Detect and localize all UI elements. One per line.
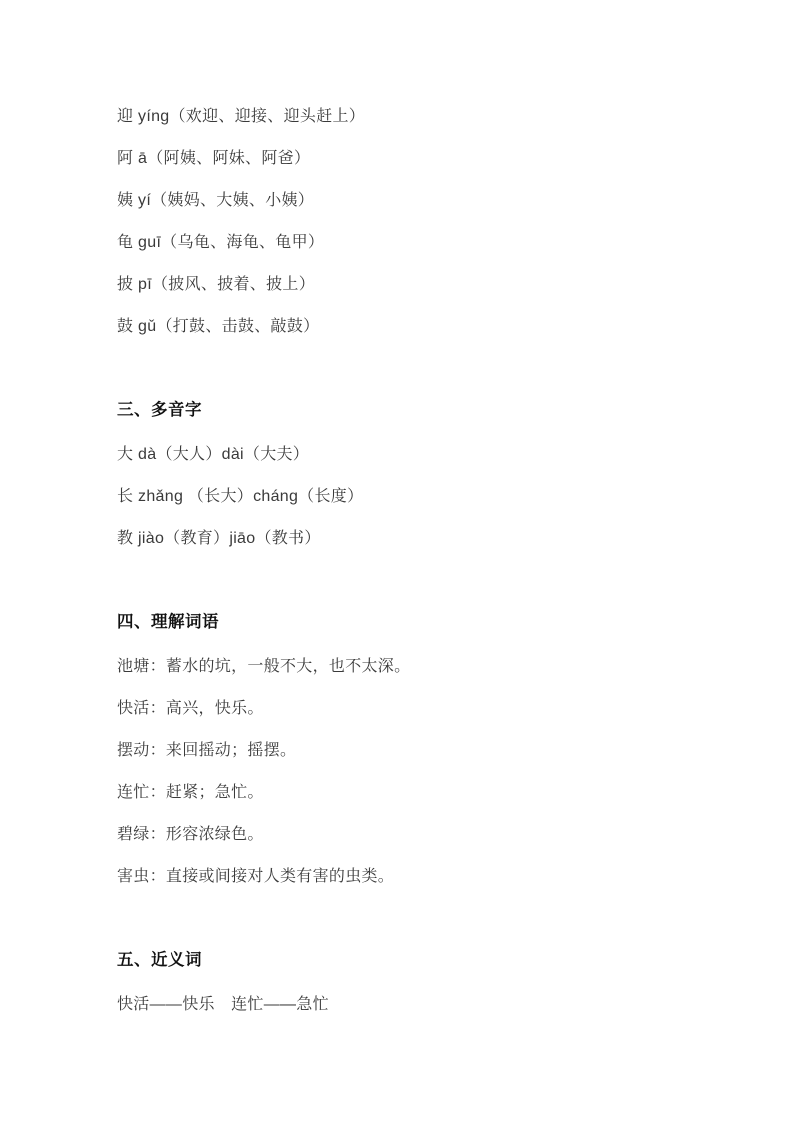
definition-line: 快活：高兴，快乐。 bbox=[117, 688, 713, 730]
synonym-line: 快活——快乐 连忙——急忙 bbox=[117, 984, 713, 1026]
definition-line: 池塘：蓄水的坑，一般不大，也不太深。 bbox=[117, 646, 713, 688]
word-entry-line: 鼓 gǔ（打鼓、击鼓、敲鼓） bbox=[117, 306, 713, 348]
definition-line: 碧绿：形容浓绿色。 bbox=[117, 814, 713, 856]
definition-line: 摆动：来回摇动；摇摆。 bbox=[117, 730, 713, 772]
word-entry-line: 阿 ā（阿姨、阿妹、阿爸） bbox=[117, 138, 713, 180]
polyphone-line: 教 jiào（教育）jiāo（教书） bbox=[117, 518, 713, 560]
section-heading-polyphones: 三、多音字 bbox=[117, 389, 713, 431]
section-heading-synonyms: 五、近义词 bbox=[117, 939, 713, 981]
section-heading-definitions: 四、理解词语 bbox=[117, 601, 713, 643]
document-page: 迎 yíng（欢迎、迎接、迎头赶上） 阿 ā（阿姨、阿妹、阿爸） 姨 yí（姨妈… bbox=[0, 0, 793, 1122]
polyphone-line: 长 zhǎng （长大）cháng（长度） bbox=[117, 476, 713, 518]
word-entry-line: 披 pī（披风、披着、披上） bbox=[117, 264, 713, 306]
definition-line: 连忙：赶紧；急忙。 bbox=[117, 772, 713, 814]
definition-line: 害虫：直接或间接对人类有害的虫类。 bbox=[117, 856, 713, 898]
word-entry-line: 姨 yí（姨妈、大姨、小姨） bbox=[117, 180, 713, 222]
polyphone-line: 大 dà（大人）dài（大夫） bbox=[117, 434, 713, 476]
word-entry-line: 迎 yíng（欢迎、迎接、迎头赶上） bbox=[117, 96, 713, 138]
word-entry-line: 龟 guī（乌龟、海龟、龟甲） bbox=[117, 222, 713, 264]
